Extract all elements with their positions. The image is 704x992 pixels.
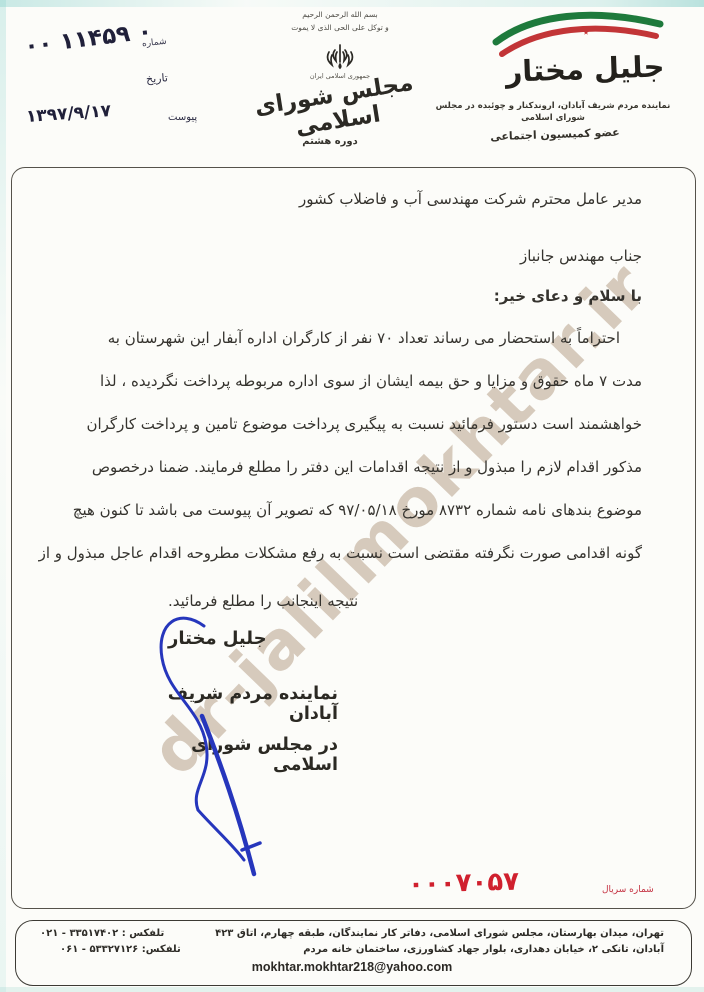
bismillah-line2: و توکل علی الحی الذی لا یموت [250, 21, 430, 34]
footer-tehran-address: تهران، میدان بهارستان، مجلس شورای اسلامی… [215, 928, 664, 939]
bismillah-block: بسم الله الرحمن الرحیم و توکل علی الحی ا… [250, 8, 430, 34]
scan-edge-tint-bottom [0, 987, 704, 992]
mp-subtitle: نماینده مردم شریف آبادان، اروندکنار و چو… [428, 100, 678, 124]
ref-number-handwritten: ٠ ۱۱۴۵۹ ٠٠ [23, 18, 154, 59]
footer-abadan-phone: تلفکس: ۵۳۳۲۷۱۲۶ - ۰۶۱ [60, 944, 181, 955]
paragraph-last-line: نتیجه اینجانب را مطلع فرمائید. [168, 592, 358, 610]
salutation-name-line: جناب مهندس جانباز [520, 247, 642, 265]
handwritten-signature-icon [142, 612, 312, 897]
serial-number-handwritten: ۰۰۰۷۰۵۷ [408, 867, 520, 900]
iran-emblem-icon [324, 42, 356, 72]
footer-address-tehran: تهران، میدان بهارستان، مجلس شورای اسلامی… [40, 928, 664, 939]
ref-number-label: شماره [142, 37, 167, 50]
serial-label: شماره سریال [602, 885, 654, 895]
assembly-term: دوره هشتم [270, 136, 390, 147]
ref-date-handwritten: ۱۳۹۷/۹/۱۷ [25, 101, 111, 127]
mp-commission: عضو کمیسیون اجتماعی [460, 125, 650, 145]
footer-abadan-address: آبادان، تانکی ۲، خیابان دهداری، بلوار جه… [303, 944, 664, 955]
paragraph-line: گونه اقدامی صورت نگرفته مقتضی است نسبت ب… [45, 542, 642, 585]
mp-name: جلیل مختار [499, 49, 670, 89]
bismillah-line1: بسم الله الرحمن الرحیم [250, 8, 430, 21]
paragraph-line: مذکور اقدام لازم را مبذول و از نتیجه اقد… [45, 456, 642, 499]
salutation-greeting-line: با سلام و دعای خیر: [494, 287, 642, 305]
paragraph-line: احتراماً به استحضار می رساند تعداد ۷۰ نف… [45, 327, 642, 370]
paragraph-line: مدت ۷ ماه حقوق و مزایا و حق بیمه ایشان ا… [45, 370, 642, 413]
footer-address-abadan: آبادان، تانکی ۲، خیابان دهداری، بلوار جه… [60, 944, 664, 955]
footer-email: mokhtar.mokhtar218@yahoo.com [0, 960, 704, 974]
ref-date-label: تاریخ [146, 71, 169, 85]
scan-edge-tint-left [0, 0, 6, 992]
letter-paragraph: احتراماً به استحضار می رساند تعداد ۷۰ نف… [45, 327, 642, 585]
paragraph-line: خواهشمند است دستور فرمائید نسبت به پیگیر… [45, 413, 642, 456]
scanned-letter-page: dr-jalilmokhtar.ir ٠ ۱۱۴۵۹ ٠٠ شماره تاری… [0, 0, 704, 992]
paragraph-line: موضوع بندهای نامه شماره ۸۷۳۲ مورخ ۹۷/۰۵/… [45, 499, 642, 542]
ref-attachment-label: پیوست [168, 112, 197, 123]
addressee-line: مدیر عامل محترم شرکت مهندسی آب و فاضلاب … [299, 190, 642, 208]
footer-tehran-phone: تلفکس : ۳۳۵۱۷۴۰۲ - ۰۲۱ [40, 928, 164, 939]
flag-center-mark: ٭ [583, 25, 590, 39]
